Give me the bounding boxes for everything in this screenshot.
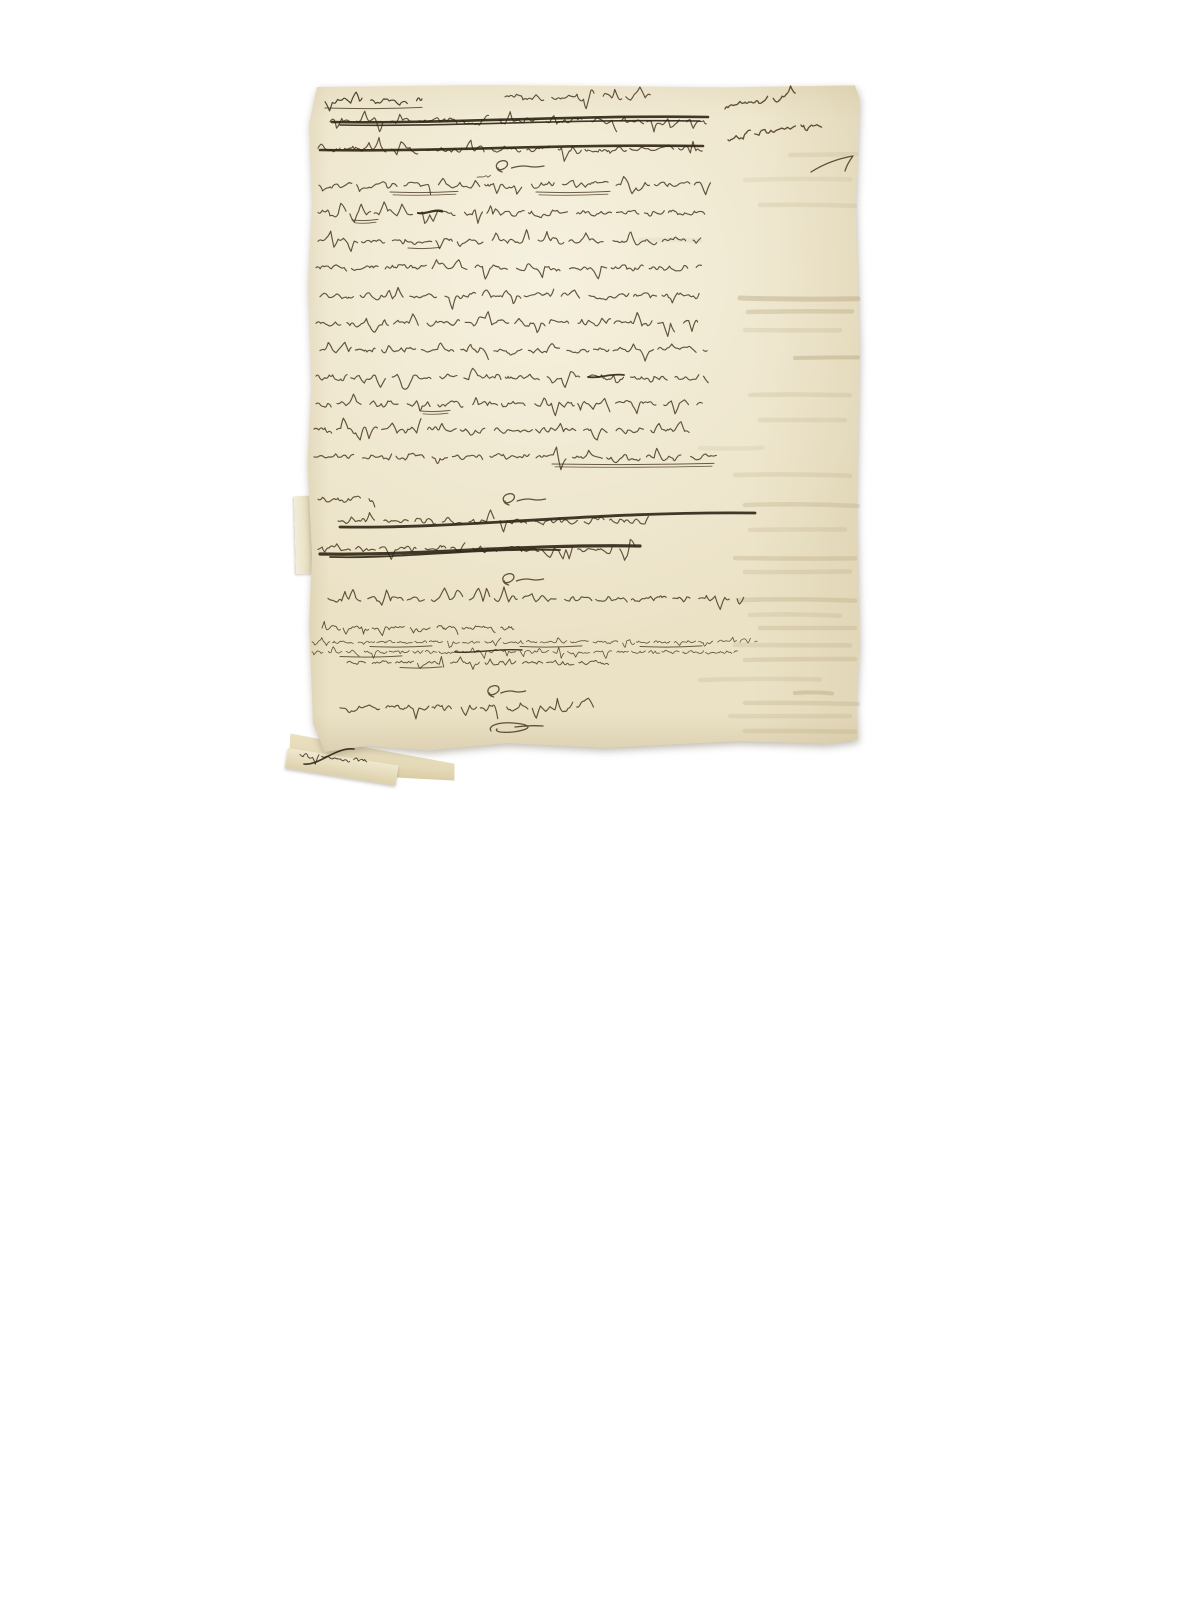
manuscript-paper — [307, 84, 860, 760]
paper-stack — [0, 0, 1199, 1597]
paper-shadow-wrap — [0, 0, 1199, 1597]
scan-canvas: { "photo": { "background_color": "#fffff… — [0, 0, 1199, 1597]
manuscript-photo — [0, 0, 1199, 1597]
